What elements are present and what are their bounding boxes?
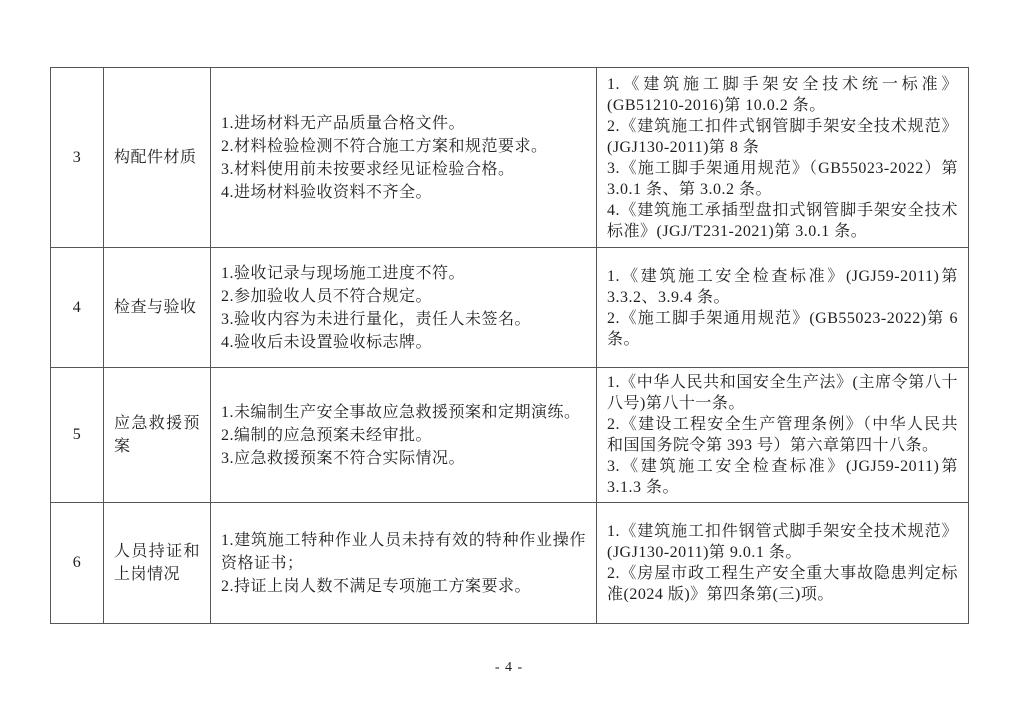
reference-item: 1.《建筑施工脚手架安全技术统一标准》(GB51210-2016)第 10.0.…: [607, 74, 958, 116]
reference-item: 1.《中华人民共和国安全生产法》(主席令第八十八号)第八十一条。: [607, 372, 958, 414]
row-number-cell: 5: [51, 368, 104, 503]
table-row: 5应急救援预案1.未编制生产安全事故应急救援预案和定期演练。2.编制的应急预案未…: [51, 368, 969, 503]
reference-item: 2.《施工脚手架通用规范》(GB55023-2022)第 6 条。: [607, 308, 958, 350]
issues-cell: 1.建筑施工特种作业人员未持有效的特种作业操作资格证书；2.持证上岗人数不满足专…: [211, 503, 597, 624]
issue-item: 2.持证上岗人数不满足专项施工方案要求。: [221, 575, 586, 598]
document-page: 3构配件材质1.进场材料无产品质量合格文件。2.材料检验检测不符合施工方案和规范…: [0, 0, 1024, 724]
issue-item: 3.验收内容为未进行量化，责任人未签名。: [221, 308, 586, 331]
row-number-cell: 4: [51, 248, 104, 368]
references-cell: 1.《中华人民共和国安全生产法》(主席令第八十八号)第八十一条。2.《建设工程安…: [597, 368, 969, 503]
issue-item: 3.材料使用前未按要求经见证检验合格。: [221, 158, 586, 181]
table-row: 6人员持证和上岗情况1.建筑施工特种作业人员未持有效的特种作业操作资格证书；2.…: [51, 503, 969, 624]
references-cell: 1.《建筑施工脚手架安全技术统一标准》(GB51210-2016)第 10.0.…: [597, 68, 969, 248]
table-row: 4检查与验收1.验收记录与现场施工进度不符。2.参加验收人员不符合规定。3.验收…: [51, 248, 969, 368]
reference-item: 1.《建筑施工安全检查标准》(JGJ59-2011)第 3.3.2、3.9.4 …: [607, 266, 958, 308]
reference-item: 3.《建筑施工安全检查标准》(JGJ59-2011)第 3.1.3 条。: [607, 456, 958, 498]
hazard-inspection-table: 3构配件材质1.进场材料无产品质量合格文件。2.材料检验检测不符合施工方案和规范…: [50, 67, 969, 624]
issue-item: 1.验收记录与现场施工进度不符。: [221, 262, 586, 285]
reference-item: 2.《建设工程安全生产管理条例》（中华人民共和国国务院令第 393 号）第六章第…: [607, 414, 958, 456]
page-number: - 4 -: [50, 660, 968, 676]
category-cell: 构配件材质: [104, 68, 211, 248]
table-row: 3构配件材质1.进场材料无产品质量合格文件。2.材料检验检测不符合施工方案和规范…: [51, 68, 969, 248]
row-number-cell: 6: [51, 503, 104, 624]
reference-item: 3.《施工脚手架通用规范》（GB55023-2022）第 3.0.1 条、第 3…: [607, 158, 958, 200]
issue-item: 3.应急救援预案不符合实际情况。: [221, 447, 586, 470]
references-cell: 1.《建筑施工扣件钢管式脚手架安全技术规范》(JGJ130-2011)第 9.0…: [597, 503, 969, 624]
row-number-cell: 3: [51, 68, 104, 248]
issue-item: 2.材料检验检测不符合施工方案和规范要求。: [221, 135, 586, 158]
table-body: 3构配件材质1.进场材料无产品质量合格文件。2.材料检验检测不符合施工方案和规范…: [51, 68, 969, 624]
issue-item: 1.进场材料无产品质量合格文件。: [221, 112, 586, 135]
issue-item: 2.参加验收人员不符合规定。: [221, 285, 586, 308]
issues-cell: 1.进场材料无产品质量合格文件。2.材料检验检测不符合施工方案和规范要求。3.材…: [211, 68, 597, 248]
issue-item: 1.未编制生产安全事故应急救援预案和定期演练。: [221, 401, 586, 424]
category-cell: 人员持证和上岗情况: [104, 503, 211, 624]
references-cell: 1.《建筑施工安全检查标准》(JGJ59-2011)第 3.3.2、3.9.4 …: [597, 248, 969, 368]
reference-item: 2.《建筑施工扣件式钢管脚手架安全技术规范》(JGJ130-2011)第 8 条: [607, 116, 958, 158]
reference-item: 1.《建筑施工扣件钢管式脚手架安全技术规范》(JGJ130-2011)第 9.0…: [607, 521, 958, 563]
category-cell: 应急救援预案: [104, 368, 211, 503]
issue-item: 2.编制的应急预案未经审批。: [221, 424, 586, 447]
issue-item: 4.验收后未设置验收标志牌。: [221, 331, 586, 354]
reference-item: 2.《房屋市政工程生产安全重大事故隐患判定标准(2024 版)》第四条第(三)项…: [607, 563, 958, 605]
issue-item: 4.进场材料验收资料不齐全。: [221, 181, 586, 204]
issue-item: 1.建筑施工特种作业人员未持有效的特种作业操作资格证书；: [221, 529, 586, 575]
issues-cell: 1.未编制生产安全事故应急救援预案和定期演练。2.编制的应急预案未经审批。3.应…: [211, 368, 597, 503]
category-cell: 检查与验收: [104, 248, 211, 368]
reference-item: 4.《建筑施工承插型盘扣式钢管脚手架安全技术标准》(JGJ/T231-2021)…: [607, 200, 958, 242]
issues-cell: 1.验收记录与现场施工进度不符。2.参加验收人员不符合规定。3.验收内容为未进行…: [211, 248, 597, 368]
